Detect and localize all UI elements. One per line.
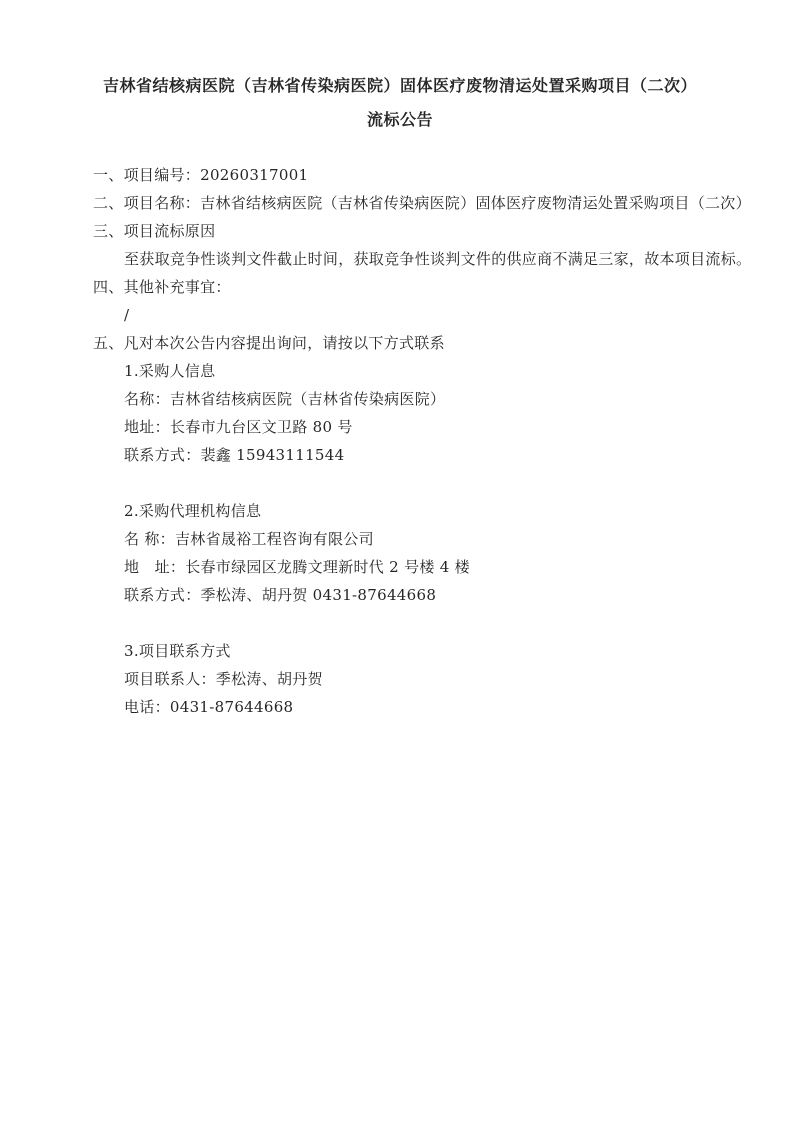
line-project-number: 一、项目编号：20260317001: [93, 161, 707, 189]
line-other-matters-heading: 四、其他补充事宜：: [93, 273, 707, 301]
line-project-contact-phone: 电话：0431-87644668: [93, 693, 707, 721]
line-purchaser-section-heading: 1.采购人信息: [93, 357, 707, 385]
line-agency-address: 地 址：长春市绿园区龙腾文理新时代 2 号楼 4 楼: [93, 553, 707, 581]
document-title-line1: 吉林省结核病医院（吉林省传染病医院）固体医疗废物清运处置采购项目（二次）: [93, 69, 707, 103]
line-other-matters-value: /: [93, 301, 707, 329]
blank-line: [93, 469, 707, 497]
line-failure-reason-heading: 三、项目流标原因: [93, 217, 707, 245]
line-project-contact-person: 项目联系人：季松涛、胡丹贺: [93, 665, 707, 693]
line-purchaser-contact: 联系方式：裴鑫 15943111544: [93, 441, 707, 469]
line-project-contact-section-heading: 3.项目联系方式: [93, 637, 707, 665]
line-purchaser-address: 地址：长春市九台区文卫路 80 号: [93, 413, 707, 441]
document-title-line2: 流标公告: [93, 103, 707, 137]
line-agency-name: 名 称：吉林省晟裕工程咨询有限公司: [93, 525, 707, 553]
line-project-name: 二、项目名称：吉林省结核病医院（吉林省传染病医院）固体医疗废物清运处置采购项目（…: [93, 189, 707, 217]
document-page: 吉林省结核病医院（吉林省传染病医院）固体医疗废物清运处置采购项目（二次） 流标公…: [0, 0, 794, 1123]
line-agency-section-heading: 2.采购代理机构信息: [93, 497, 707, 525]
line-failure-reason-text: 至获取竞争性谈判文件截止时间，获取竞争性谈判文件的供应商不满足三家，故本项目流标…: [93, 245, 707, 273]
line-agency-contact: 联系方式：季松涛、胡丹贺 0431-87644668: [93, 581, 707, 609]
document-body: 一、项目编号：20260317001 二、项目名称：吉林省结核病医院（吉林省传染…: [93, 161, 707, 721]
line-purchaser-name: 名称：吉林省结核病医院（吉林省传染病医院）: [93, 385, 707, 413]
line-inquiry-heading: 五、凡对本次公告内容提出询问，请按以下方式联系: [93, 329, 707, 357]
document-title: 吉林省结核病医院（吉林省传染病医院）固体医疗废物清运处置采购项目（二次） 流标公…: [93, 69, 707, 137]
blank-line: [93, 609, 707, 637]
